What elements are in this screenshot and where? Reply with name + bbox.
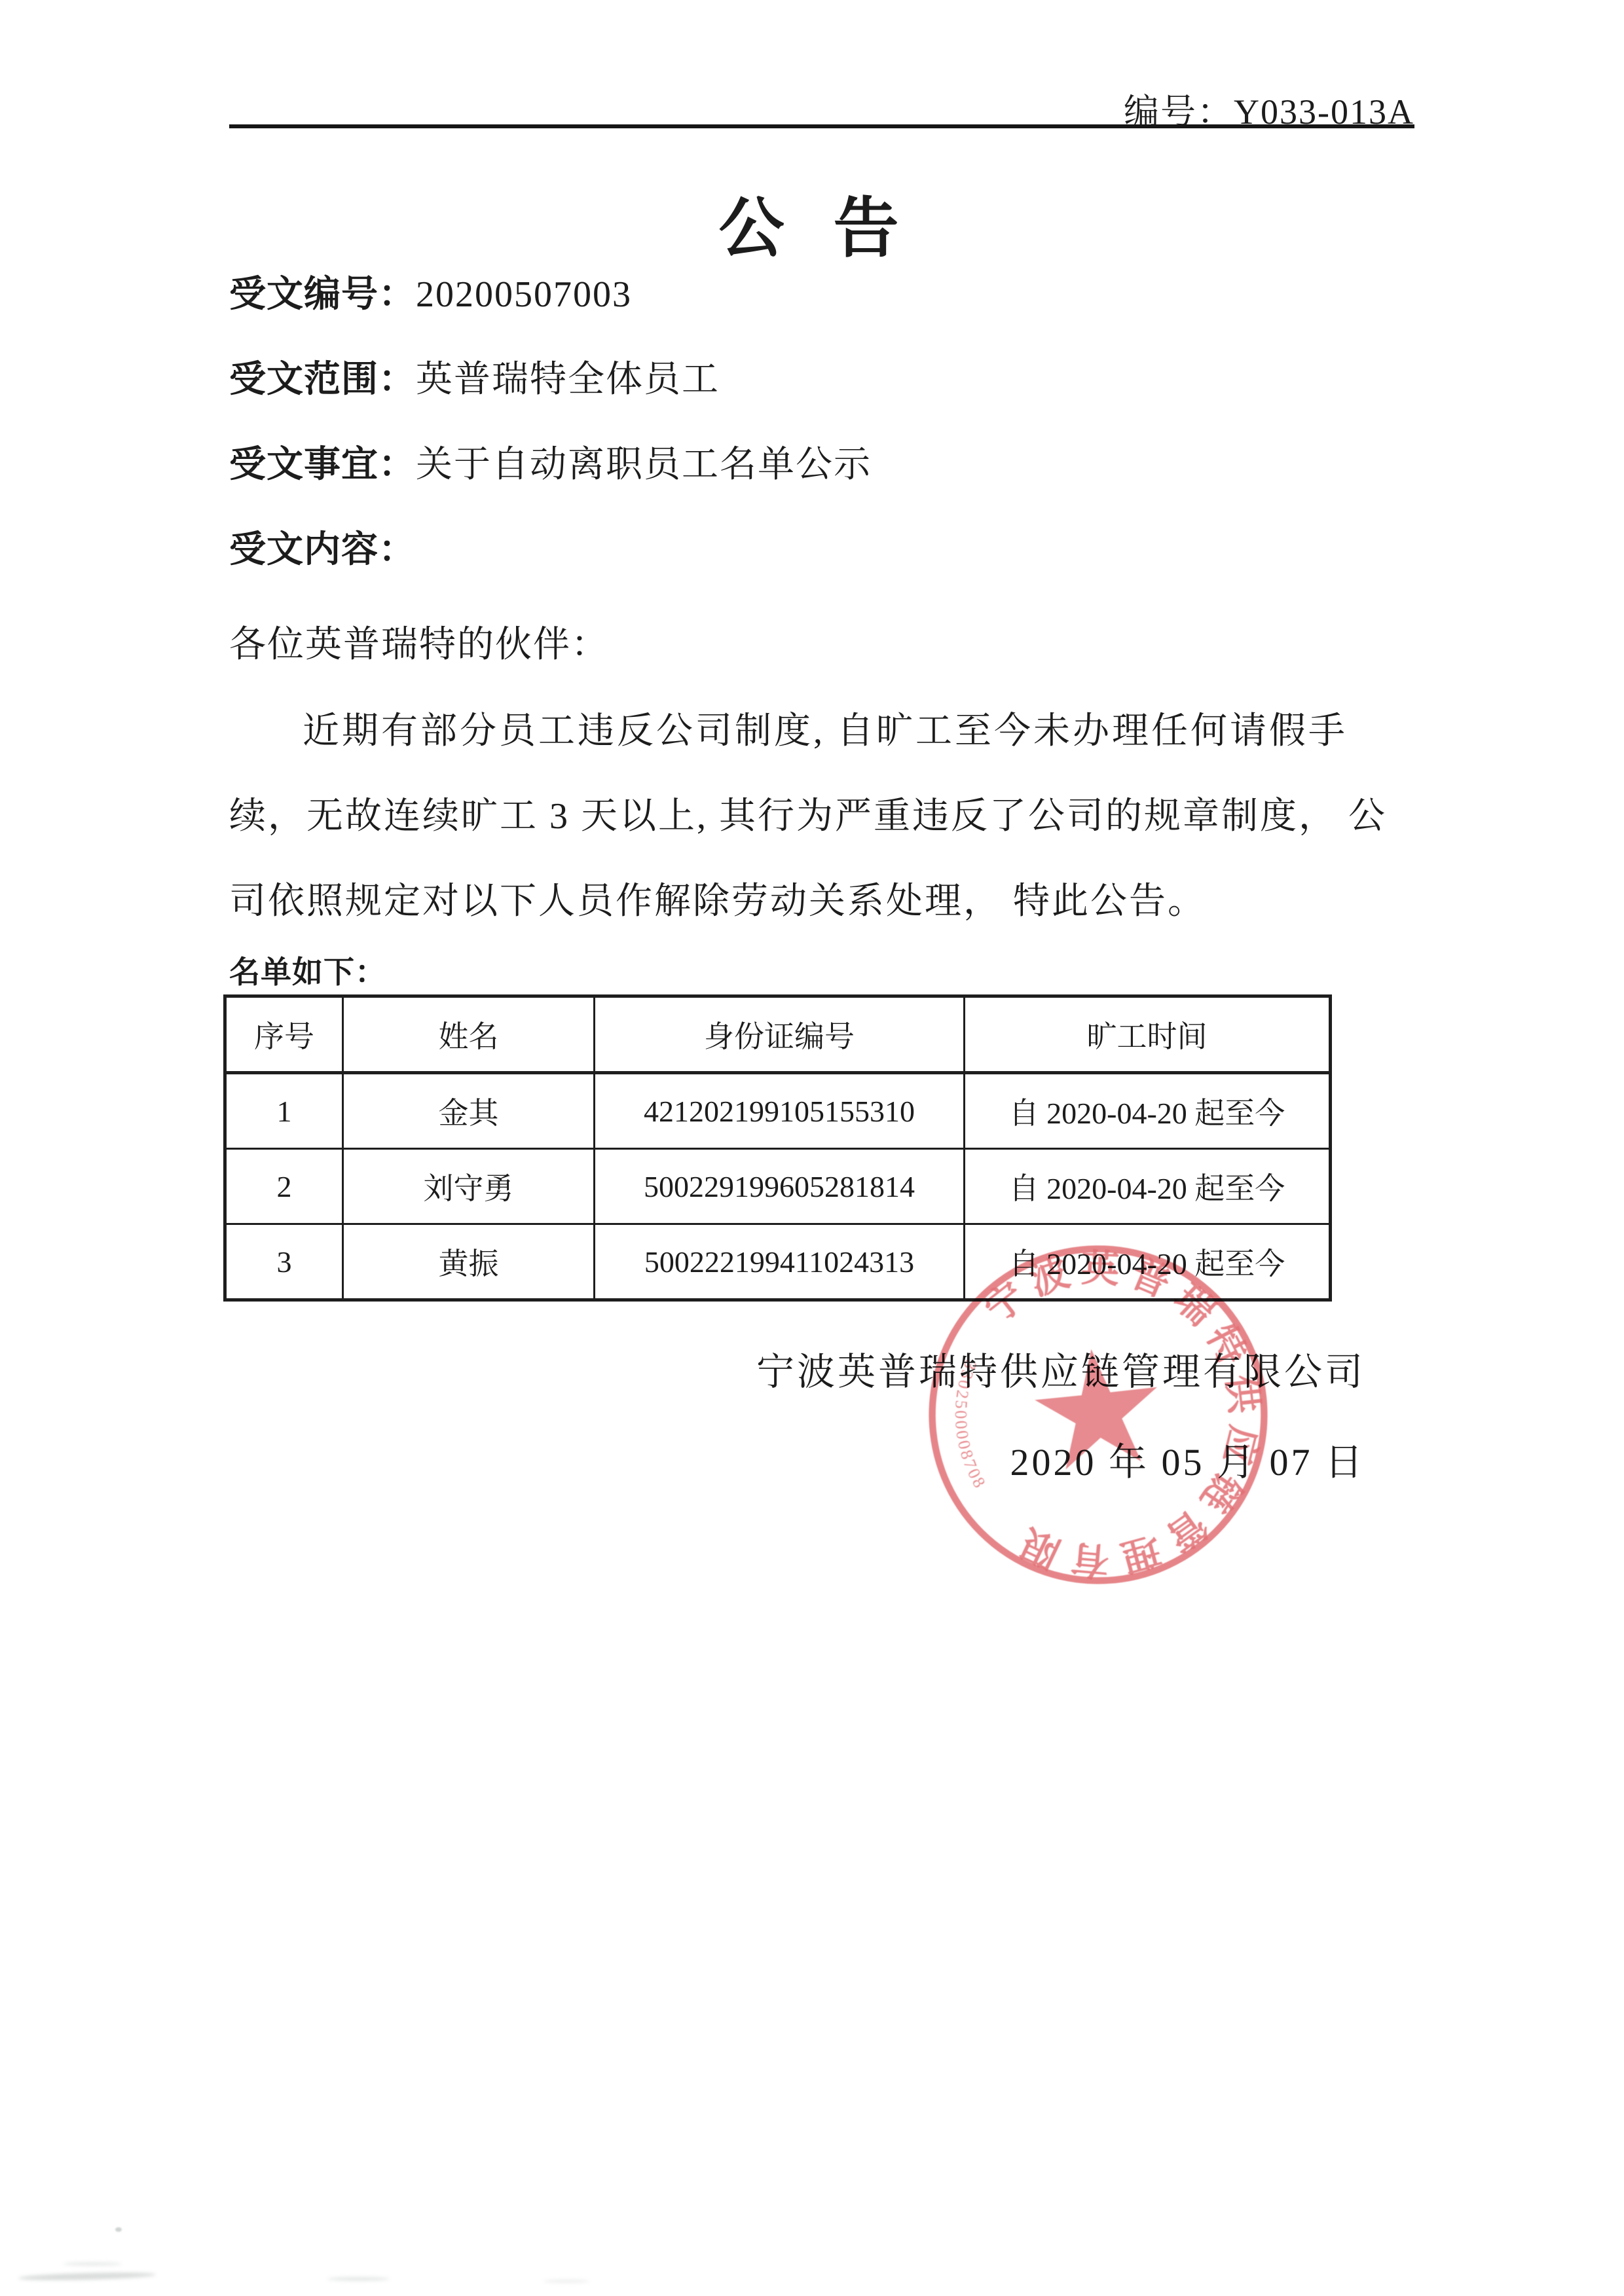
col-header-absence-period: 旷工时间 — [965, 996, 1331, 1073]
body-line-1: 近期有部分员工违反公司制度, 自旷工至今未办理任何请假手 — [303, 702, 1348, 754]
cell-id-number: 421202199105155310 — [595, 1073, 965, 1149]
field-scope: 受文范围：英普瑞特全体员工 — [229, 359, 872, 444]
cell-index: 2 — [225, 1149, 343, 1224]
page-title: 公 告 — [0, 175, 1624, 270]
header-rule — [229, 124, 1414, 128]
col-header-index: 序号 — [225, 996, 343, 1073]
field-label: 受文编号： — [229, 274, 416, 315]
cell-id-number: 500229199605281814 — [595, 1149, 965, 1224]
field-label: 受文内容： — [229, 530, 416, 570]
field-subject: 受文事宜：关于自动离职员工名单公示 — [229, 444, 872, 529]
field-label: 受文事宜： — [229, 445, 416, 485]
field-doc-id: 受文编号：20200507003 — [229, 274, 872, 359]
cell-name: 金其 — [343, 1073, 595, 1149]
cell-index: 3 — [225, 1224, 343, 1300]
seal-star-icon — [1030, 1343, 1164, 1472]
salutation: 各位英普瑞特的伙伴： — [229, 615, 609, 668]
cell-absence-period: 自 2020-04-20 起至今 — [965, 1073, 1331, 1149]
seal-serial-text: 3302500008708 — [945, 1356, 994, 1494]
scan-artifact — [544, 2280, 589, 2283]
scan-artifact — [115, 2227, 122, 2232]
cell-name: 刘守勇 — [343, 1149, 595, 1224]
cell-name: 黄振 — [343, 1224, 595, 1300]
field-value: 英普瑞特全体员工 — [416, 359, 720, 400]
table-row: 1 金其 421202199105155310 自 2020-04-20 起至今 — [225, 1073, 1331, 1149]
body-line-2: 续，无故连续旷工 3 天以上, 其行为严重违反了公司的规章制度， 公 — [229, 787, 1387, 839]
field-label: 受文范围： — [229, 359, 416, 400]
field-content: 受文内容： — [229, 529, 872, 614]
announcement-document: 编号：Y033-013A 公 告 受文编号：20200507003 受文范围：英… — [0, 0, 1624, 2296]
company-seal-stamp: 宁波英普瑞特供应链管理有限公司 3302500008708 — [904, 1220, 1292, 1609]
table-row: 2 刘守勇 500229199605281814 自 2020-04-20 起至… — [225, 1149, 1331, 1224]
table-header-row: 序号 姓名 身份证编号 旷工时间 — [225, 996, 1331, 1073]
cell-absence-period: 自 2020-04-20 起至今 — [965, 1149, 1331, 1224]
cell-index: 1 — [225, 1073, 343, 1149]
field-value: 关于自动离职员工名单公示 — [416, 445, 872, 485]
col-header-id-number: 身份证编号 — [595, 996, 965, 1073]
scan-artifact — [63, 2262, 122, 2266]
body-line-3: 司依照规定对以下人员作解除劳动关系处理， 特此公告。 — [229, 872, 1206, 924]
scan-artifact — [327, 2277, 390, 2281]
list-intro: 名单如下： — [229, 948, 386, 992]
col-header-name: 姓名 — [343, 996, 595, 1073]
field-list: 受文编号：20200507003 受文范围：英普瑞特全体员工 受文事宜：关于自动… — [229, 274, 872, 614]
field-value: 20200507003 — [416, 274, 632, 315]
scan-artifact — [18, 2271, 156, 2281]
